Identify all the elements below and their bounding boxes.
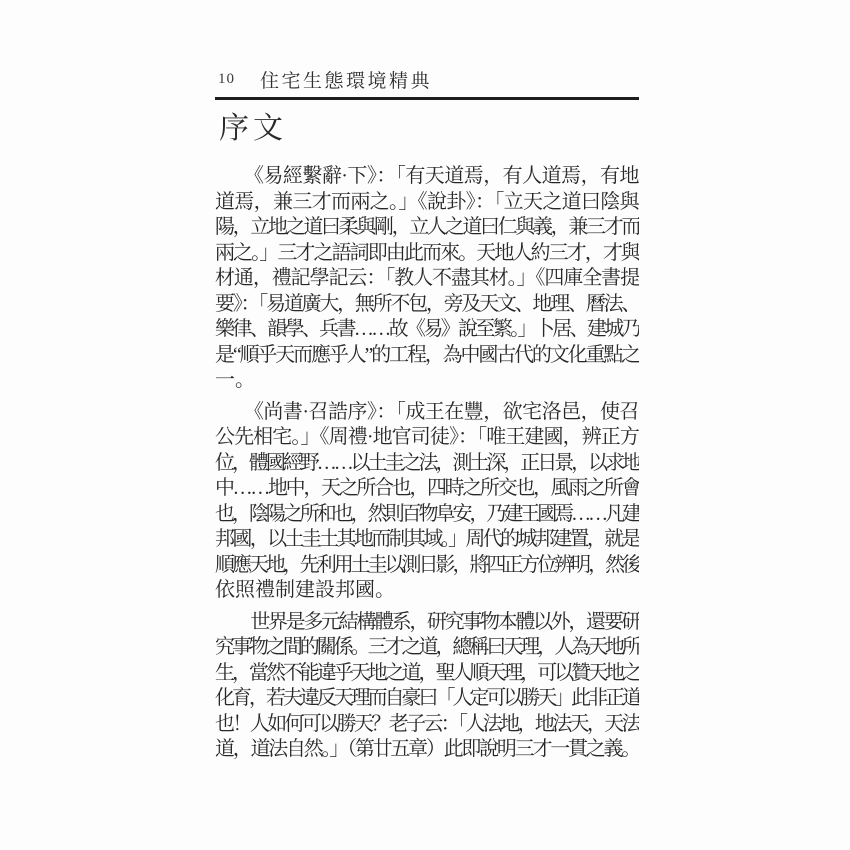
paragraph: 《易經繫辭·下》：「有天道焉，有人道焉，有地道焉，兼三才而兩之。」《說卦》：「立… bbox=[215, 164, 639, 394]
paragraph: 《尚書·召誥序》：「成王在豐，欲宅洛邑，使召公先相宅。」《周禮·地官司徒》：「唯… bbox=[215, 400, 639, 604]
text-line: 道焉，兼三才而兩之。」《說卦》：「立天之道曰陰與 bbox=[215, 190, 639, 216]
paragraph: 世界是多元結構體系，研究事物本體以外，還要研究事物之間的關係。三才之道，總稱曰天… bbox=[215, 610, 639, 763]
text-line: 兩之。」三才之語詞即由此而來。天地人約三才，才與 bbox=[215, 241, 639, 267]
text-line: 依照禮制建設邦國。 bbox=[215, 578, 639, 604]
page-content: 10 住宅生態環境精典 序文 《易經繫辭·下》：「有天道焉，有人道焉，有地道焉，… bbox=[215, 0, 639, 850]
text-line: 是“順乎天而應乎人”的工程，為中國古代的文化重點之 bbox=[215, 343, 639, 369]
book-page: 10 住宅生態環境精典 序文 《易經繫辭·下》：「有天道焉，有人道焉，有地道焉，… bbox=[0, 0, 850, 850]
text-line: 陽，立地之道曰柔與剛，立人之道曰仁與義，兼三才而 bbox=[215, 215, 639, 241]
running-header: 10 住宅生態環境精典 bbox=[215, 66, 639, 92]
text-line: 位，體國經野……以土圭之法，測土深，正日景，以求地 bbox=[215, 451, 639, 477]
page-number: 10 bbox=[218, 71, 235, 88]
text-line: 道，道法自然。」（第廿五章）此即說明三才一貫之義。 bbox=[215, 737, 639, 763]
book-title: 住宅生態環境精典 bbox=[260, 66, 432, 93]
text-line: 中……地中，天之所合也，四時之所交也，風雨之所會 bbox=[215, 476, 639, 502]
text-line: 化育，若夫違反天理而自豪曰「人定可以勝天」此非正道 bbox=[215, 686, 639, 712]
text-line: 一。 bbox=[215, 368, 639, 394]
text-line: 究事物之間的關係。三才之道，總稱曰天理，人為天地所 bbox=[215, 635, 639, 661]
text-line: 生，當然不能違乎天地之道，聖人順天理，可以贊天地之 bbox=[215, 661, 639, 687]
text-line: 順應天地，先利用土圭以測日影，將四正方位辨明，然後 bbox=[215, 553, 639, 579]
section-title: 序文 bbox=[219, 103, 287, 147]
text-line: 也！人如何可以勝天？老子云：「人法地，地法天，天法 bbox=[215, 712, 639, 738]
body-text: 《易經繫辭·下》：「有天道焉，有人道焉，有地道焉，兼三才而兩之。」《說卦》：「立… bbox=[215, 164, 639, 769]
text-line: 《易經繫辭·下》：「有天道焉，有人道焉，有地 bbox=[215, 164, 639, 190]
text-line: 世界是多元結構體系，研究事物本體以外，還要研 bbox=[215, 610, 639, 636]
text-line: 要》：「易道廣大，無所不包，旁及天文、地理、曆法、 bbox=[215, 292, 639, 318]
text-line: 樂律、韻學、兵書……故《易》說至繁。」卜居、建城乃 bbox=[215, 317, 639, 343]
text-line: 《尚書·召誥序》：「成王在豐，欲宅洛邑，使召 bbox=[215, 400, 639, 426]
text-line: 邦國，以土圭土其地而制其域。」周代的城邦建置，就是 bbox=[215, 527, 639, 553]
text-line: 公先相宅。」《周禮·地官司徒》：「唯王建國，辨正方 bbox=[215, 425, 639, 451]
header-rule bbox=[215, 97, 639, 100]
text-line: 材通，禮記學記云：「教人不盡其材。」《四庫全書提 bbox=[215, 266, 639, 292]
text-line: 也，陰陽之所和也，然則百物阜安，乃建王國焉……凡建 bbox=[215, 502, 639, 528]
